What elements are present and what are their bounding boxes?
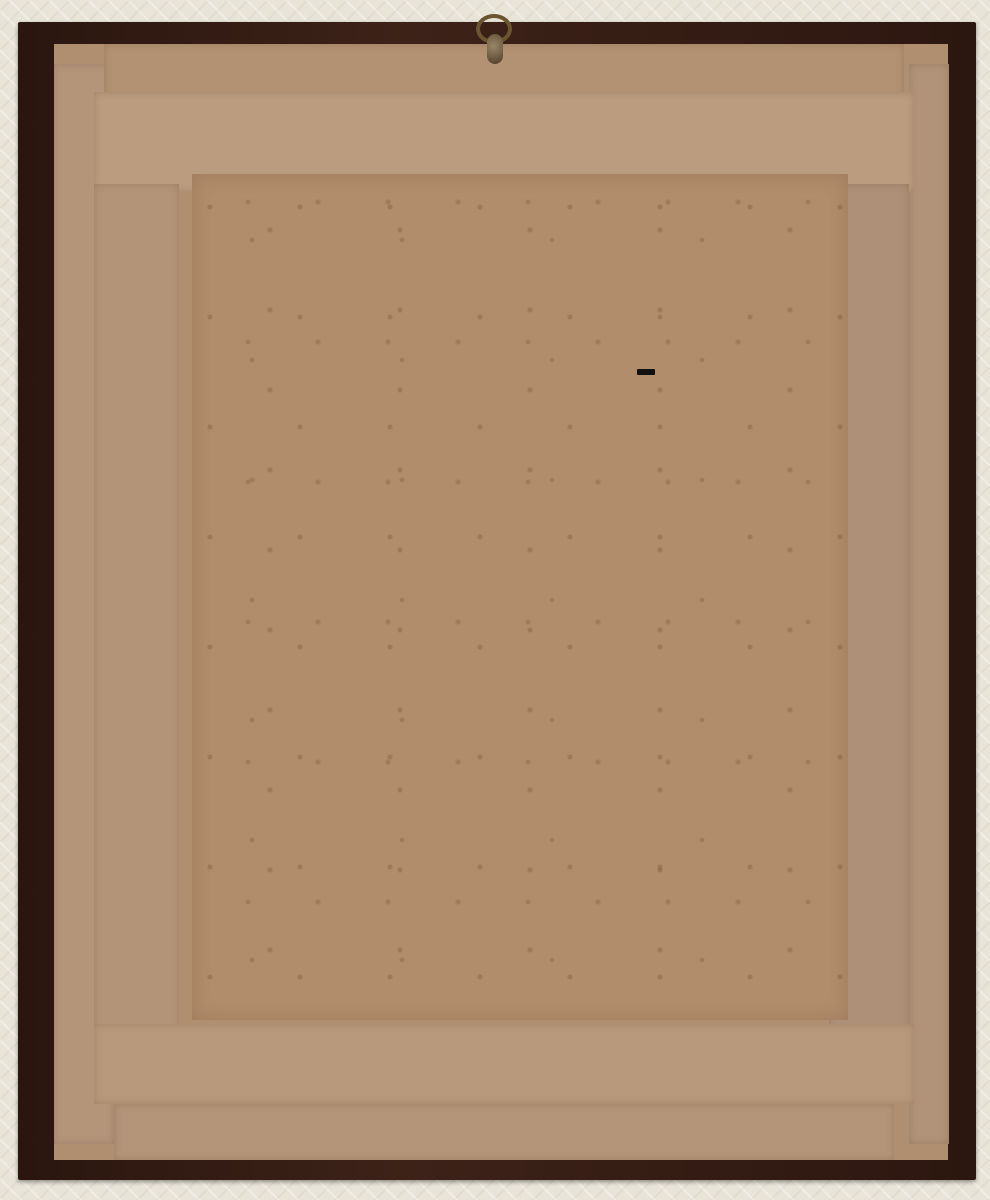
paper-backing	[54, 44, 948, 1160]
tape-strip-bottom-outer	[114, 1104, 894, 1160]
tape-strip-right-outer	[909, 64, 949, 1144]
hanging-ring-mount	[487, 34, 503, 64]
tape-strip-bottom-inner	[94, 1024, 914, 1104]
tape-strip-left-inner	[94, 184, 179, 1044]
black-mark	[637, 369, 655, 375]
backing-board	[192, 174, 848, 1020]
picture-frame-back	[18, 22, 976, 1180]
